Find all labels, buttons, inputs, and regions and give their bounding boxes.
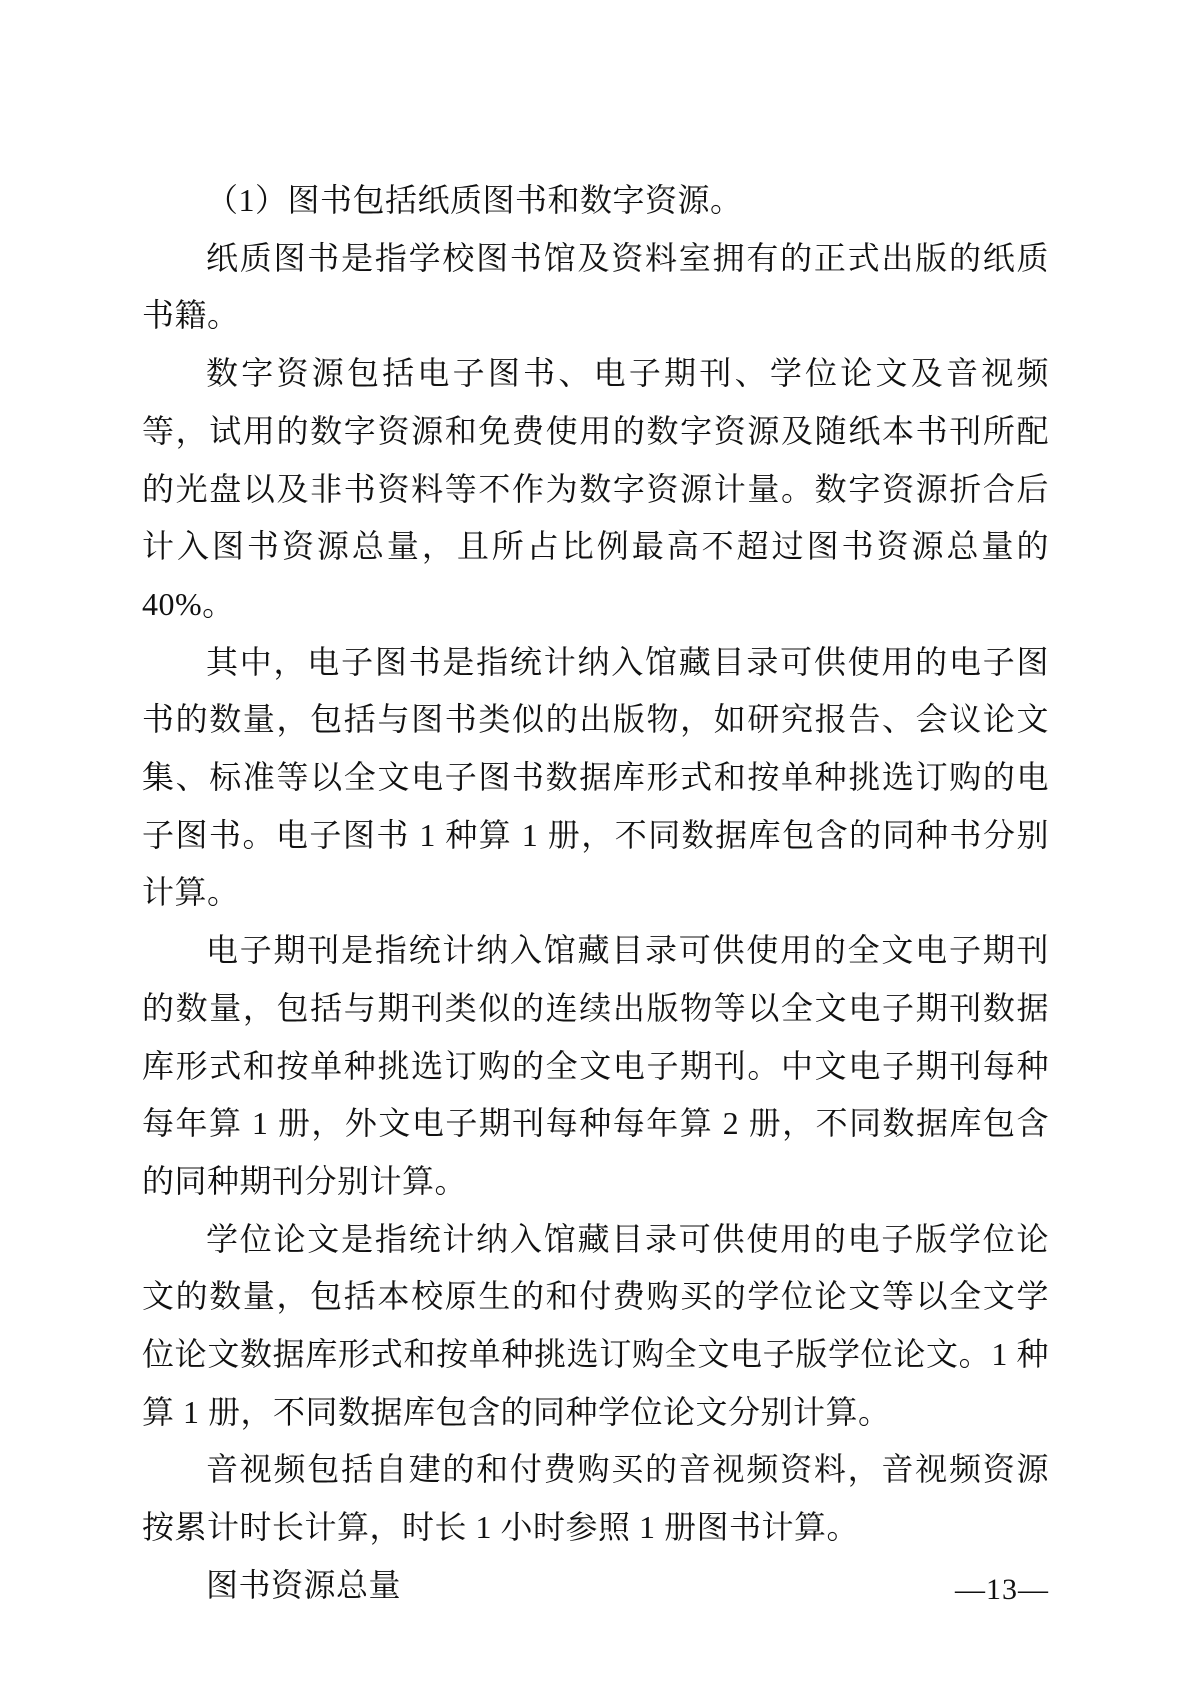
paragraph-7: 音视频包括自建的和付费购买的音视频资料，音视频资源按累计时长计算，时长 1 小时… — [142, 1441, 1049, 1556]
paragraph-8: 图书资源总量 — [142, 1557, 1049, 1615]
document-page: （1）图书包括纸质图书和数字资源。 纸质图书是指学校图书馆及资料室拥有的正式出版… — [0, 0, 1191, 1684]
paragraph-6: 学位论文是指统计纳入馆藏目录可供使用的电子版学位论文的数量，包括本校原生的和付费… — [142, 1211, 1049, 1442]
page-number: —13— — [955, 1572, 1049, 1608]
paragraph-3: 数字资源包括电子图书、电子期刊、学位论文及音视频等，试用的数字资源和免费使用的数… — [142, 345, 1049, 634]
paragraph-4: 其中，电子图书是指统计纳入馆藏目录可供使用的电子图书的数量，包括与图书类似的出版… — [142, 634, 1049, 923]
paragraph-5: 电子期刊是指统计纳入馆藏目录可供使用的全文电子期刊的数量，包括与期刊类似的连续出… — [142, 922, 1049, 1211]
paragraph-2: 纸质图书是指学校图书馆及资料室拥有的正式出版的纸质书籍。 — [142, 230, 1049, 345]
paragraph-1: （1）图书包括纸质图书和数字资源。 — [142, 172, 1049, 230]
text-block: （1）图书包括纸质图书和数字资源。 纸质图书是指学校图书馆及资料室拥有的正式出版… — [142, 172, 1049, 1615]
